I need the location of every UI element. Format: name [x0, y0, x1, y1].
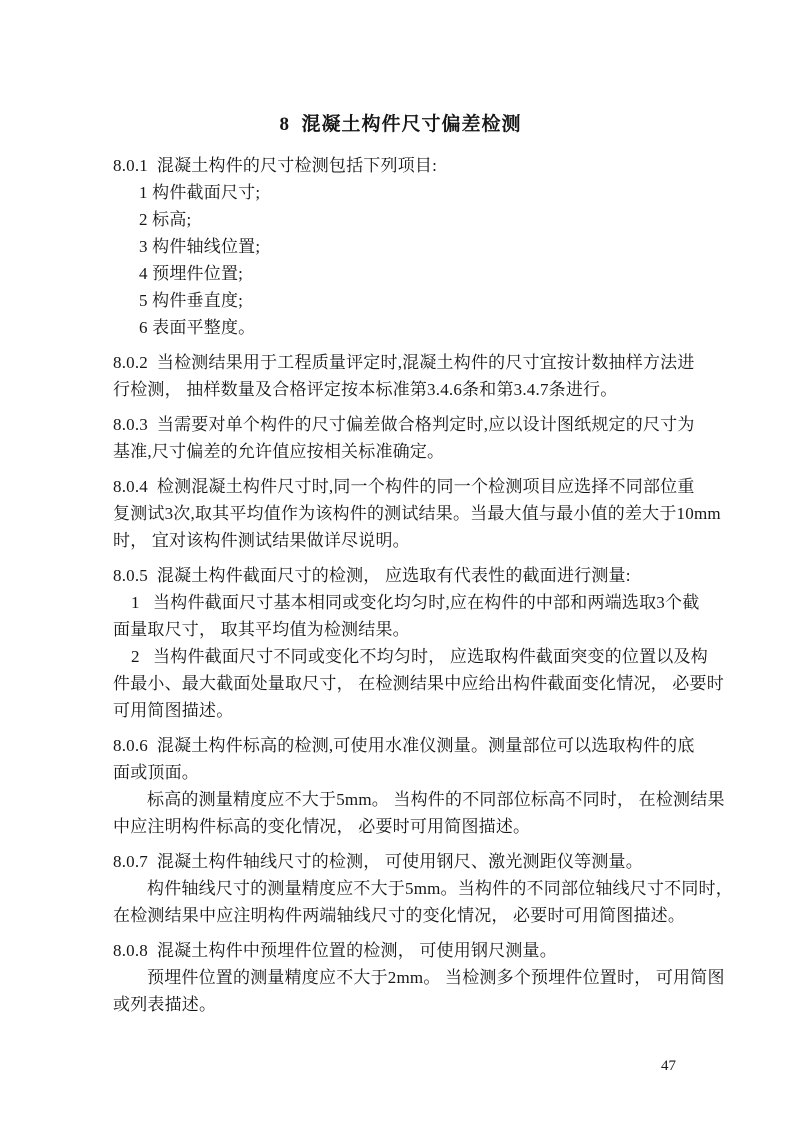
text-line: 8.0.3 当需要对单个构件的尺寸偏差做合格判定时,应以设计图纸规定的尺寸为	[113, 411, 688, 438]
text-line: 可用简图描述。	[113, 697, 688, 724]
page-content: 8 混凝土构件尺寸偏差检测 8.0.1 混凝土构件的尺寸检测包括下列项目:1 构…	[113, 113, 688, 1018]
text-line: 1 构件截面尺寸;	[113, 179, 688, 206]
list-item: 1 构件截面尺寸;	[113, 179, 688, 206]
list-item: 5 构件垂直度;	[113, 287, 688, 314]
list-item: 6 表面平整度。	[113, 314, 688, 341]
text-line: 2 当构件截面尺寸不同或变化不均匀时， 应选取构件截面突变的位置以及构	[113, 643, 688, 670]
document-body: 8.0.1 混凝土构件的尺寸检测包括下列项目:1 构件截面尺寸;2 标高;3 构…	[113, 152, 688, 1018]
text-line: 预埋件位置的测量精度应不大于2mm。 当检测多个预埋件位置时， 可用简图	[113, 964, 688, 991]
chapter-title: 8 混凝土构件尺寸偏差检测	[113, 113, 688, 137]
clause: 8.0.6 混凝土构件标高的检测,可使用水准仪测量。测量部位可以选取构件的底面或…	[113, 732, 688, 786]
document-page: 8 混凝土构件尺寸偏差检测 8.0.1 混凝土构件的尺寸检测包括下列项目:1 构…	[0, 0, 794, 1123]
indent-para: 预埋件位置的测量精度应不大于2mm。 当检测多个预埋件位置时， 可用简图或列表描…	[113, 964, 688, 1018]
text-line: 时， 宜对该构件测试结果做详尽说明。	[113, 527, 688, 554]
text-line: 4 预埋件位置;	[113, 260, 688, 287]
text-line: 3 构件轴线位置;	[113, 233, 688, 260]
text-line: 或列表描述。	[113, 991, 688, 1018]
text-line: 8.0.4 检测混凝土构件尺寸时,同一个构件的同一个检测项目应选择不同部位重	[113, 473, 688, 500]
text-line: 在检测结果中应注明构件两端轴线尺寸的变化情况， 必要时可用简图描述。	[113, 902, 688, 929]
clause: 8.0.8 混凝土构件中预埋件位置的检测， 可使用钢尺测量。	[113, 937, 688, 964]
indent-para: 标高的测量精度应不大于5mm。 当构件的不同部位标高不同时， 在检测结果中应注明…	[113, 786, 688, 840]
text-line: 5 构件垂直度;	[113, 287, 688, 314]
text-line: 8.0.1 混凝土构件的尺寸检测包括下列项目:	[113, 152, 688, 179]
text-line: 面量取尺寸， 取其平均值为检测结果。	[113, 616, 688, 643]
text-line: 8.0.8 混凝土构件中预埋件位置的检测， 可使用钢尺测量。	[113, 937, 688, 964]
text-line: 标高的测量精度应不大于5mm。 当构件的不同部位标高不同时， 在检测结果	[113, 786, 688, 813]
text-line: 基准,尺寸偏差的允许值应按相关标准确定。	[113, 438, 688, 465]
text-line: 8.0.2 当检测结果用于工程质量评定时,混凝土构件的尺寸宜按计数抽样方法进	[113, 349, 688, 376]
clause: 8.0.5 混凝土构件截面尺寸的检测， 应选取有代表性的截面进行测量:	[113, 562, 688, 589]
clause: 8.0.4 检测混凝土构件尺寸时,同一个构件的同一个检测项目应选择不同部位重复测…	[113, 473, 688, 554]
text-line: 件最小、最大截面处量取尺寸， 在检测结果中应给出构件截面变化情况， 必要时	[113, 670, 688, 697]
sub-item: 2 当构件截面尺寸不同或变化不均匀时， 应选取构件截面突变的位置以及构件最小、最…	[113, 643, 688, 724]
indent-para: 构件轴线尺寸的测量精度应不大于5mm。当构件的不同部位轴线尺寸不同时，在检测结果…	[113, 875, 688, 929]
text-line: 2 标高;	[113, 206, 688, 233]
list-item: 3 构件轴线位置;	[113, 233, 688, 260]
clause: 8.0.2 当检测结果用于工程质量评定时,混凝土构件的尺寸宜按计数抽样方法进行检…	[113, 349, 688, 403]
text-line: 复测试3次,取其平均值作为该构件的测试结果。当最大值与最小值的差大于10mm	[113, 500, 688, 527]
clause: 8.0.1 混凝土构件的尺寸检测包括下列项目:	[113, 152, 688, 179]
text-line: 构件轴线尺寸的测量精度应不大于5mm。当构件的不同部位轴线尺寸不同时，	[113, 875, 688, 902]
clause: 8.0.7 混凝土构件轴线尺寸的检测， 可使用钢尺、激光测距仪等测量。	[113, 848, 688, 875]
clause: 8.0.3 当需要对单个构件的尺寸偏差做合格判定时,应以设计图纸规定的尺寸为基准…	[113, 411, 688, 465]
text-line: 8.0.7 混凝土构件轴线尺寸的检测， 可使用钢尺、激光测距仪等测量。	[113, 848, 688, 875]
text-line: 1 当构件截面尺寸基本相同或变化均匀时,应在构件的中部和两端选取3个截	[113, 589, 688, 616]
text-line: 中应注明构件标高的变化情况， 必要时可用简图描述。	[113, 813, 688, 840]
text-line: 8.0.5 混凝土构件截面尺寸的检测， 应选取有代表性的截面进行测量:	[113, 562, 688, 589]
text-line: 行检测， 抽样数量及合格评定按本标准第3.4.6条和第3.4.7条进行。	[113, 376, 688, 403]
text-line: 6 表面平整度。	[113, 314, 688, 341]
list-item: 4 预埋件位置;	[113, 260, 688, 287]
sub-item: 1 当构件截面尺寸基本相同或变化均匀时,应在构件的中部和两端选取3个截面量取尺寸…	[113, 589, 688, 643]
text-line: 面或顶面。	[113, 759, 688, 786]
text-line: 8.0.6 混凝土构件标高的检测,可使用水准仪测量。测量部位可以选取构件的底	[113, 732, 688, 759]
list-item: 2 标高;	[113, 206, 688, 233]
page-number: 47	[661, 1056, 676, 1076]
